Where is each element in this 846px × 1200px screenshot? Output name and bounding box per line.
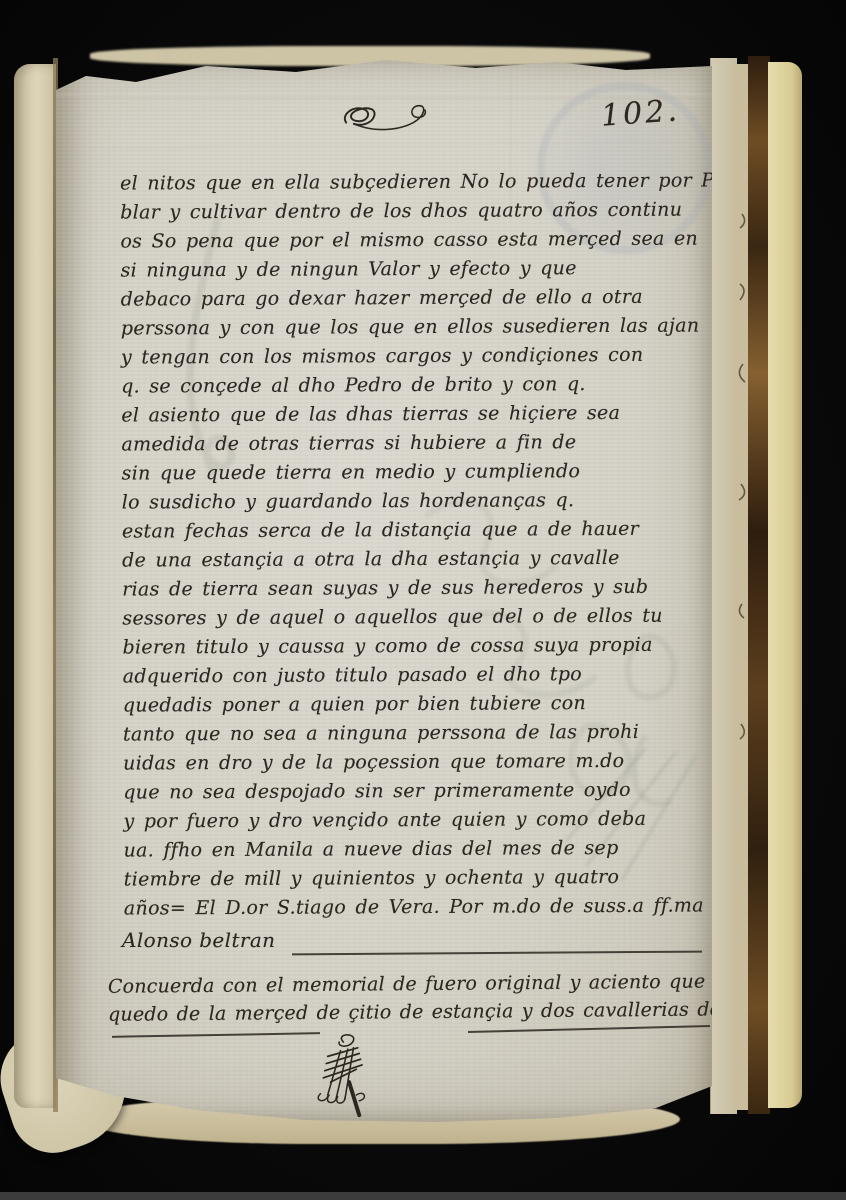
facing-page-sliver xyxy=(14,64,56,1108)
manuscript-line: uidas en dro y de la poçession que tomar… xyxy=(123,746,709,778)
manuscript-line: el nitos que en ella subçedieren No lo p… xyxy=(120,166,706,198)
manuscript-line: años= El D.or S.tiago de Vera. Por m.do … xyxy=(124,891,710,923)
manuscript-page: 102. el nitos que en ella subçedieren No… xyxy=(56,56,712,1122)
manuscript-line: q. se conçede al dho Pedro de brito y co… xyxy=(121,369,707,401)
manuscript-line: ua. ffho en Manila a nueve dias del mes … xyxy=(124,833,710,865)
manuscript-line: de una estançia a otra la dha estançia y… xyxy=(122,543,708,575)
folio-number: 102. xyxy=(600,93,681,133)
manuscript-line: si ninguna y de ningun Valor y efecto y … xyxy=(120,253,706,285)
page-edge-stack xyxy=(710,58,737,1114)
manuscript-line: y por fuero y dro vençido ante quien y c… xyxy=(123,804,709,836)
manuscript-body: el nitos que en ella subçedieren No lo p… xyxy=(120,166,710,923)
manuscript-line: blar y cultivar dentro de los dhos quatr… xyxy=(120,195,706,227)
manuscript-line: lo susdicho y guardando las hordenanças … xyxy=(122,485,708,517)
manuscript-line: perssona y con que los que en ellos suse… xyxy=(121,311,707,343)
manuscript-line: y tengan con los mismos cargos y condiçi… xyxy=(121,340,707,372)
certification-line: quedo de la merçed de çitio de estançia … xyxy=(108,995,748,1029)
manuscript-line: tiembre de mill y quinientos y ochenta y… xyxy=(124,862,710,894)
manuscript-line: bieren titulo y caussa y como de cossa s… xyxy=(122,630,708,662)
manuscript-line: rias de tierra sean suyas y de sus hered… xyxy=(122,572,708,604)
manuscript-line: debaco para go dexar hazer merçed de ell… xyxy=(121,282,707,314)
manuscript-line: amedida de otras tierras si hubiere a fi… xyxy=(121,427,707,459)
manuscript-line: adquerido con justo titulo pasado el dho… xyxy=(123,659,709,691)
scan-table-edge xyxy=(0,1192,846,1200)
manuscript-line: sessores y de aquel o aquellos que del o… xyxy=(122,601,708,633)
manuscript-line: estan fechas serca de la distançia que a… xyxy=(122,514,708,546)
rubric-icon xyxy=(297,1032,387,1118)
flourish-icon xyxy=(328,95,438,141)
manuscript-photo: 102. el nitos que en ella subçedieren No… xyxy=(0,0,846,1200)
signature-name: Alonso beltran xyxy=(122,928,708,952)
manuscript-line: quedadis poner a quien por bien tubiere … xyxy=(123,688,709,720)
certification-block: Concuerda con el memorial de fuero origi… xyxy=(108,967,748,1029)
manuscript-line: os So pena que por el mismo casso esta m… xyxy=(120,224,706,256)
manuscript-line: que no sea despojado sin ser primerament… xyxy=(123,775,709,807)
signature-block: Alonso beltran xyxy=(122,928,708,952)
manuscript-line: el asiento que de las dhas tierras se hi… xyxy=(121,398,707,430)
manuscript-line: sin que quede tierra en medio y cumplien… xyxy=(122,456,708,488)
manuscript-line: tanto que no sea a ninguna perssona de l… xyxy=(123,717,709,749)
burnt-page-edges xyxy=(748,56,770,1114)
outer-page-edge xyxy=(768,62,802,1108)
